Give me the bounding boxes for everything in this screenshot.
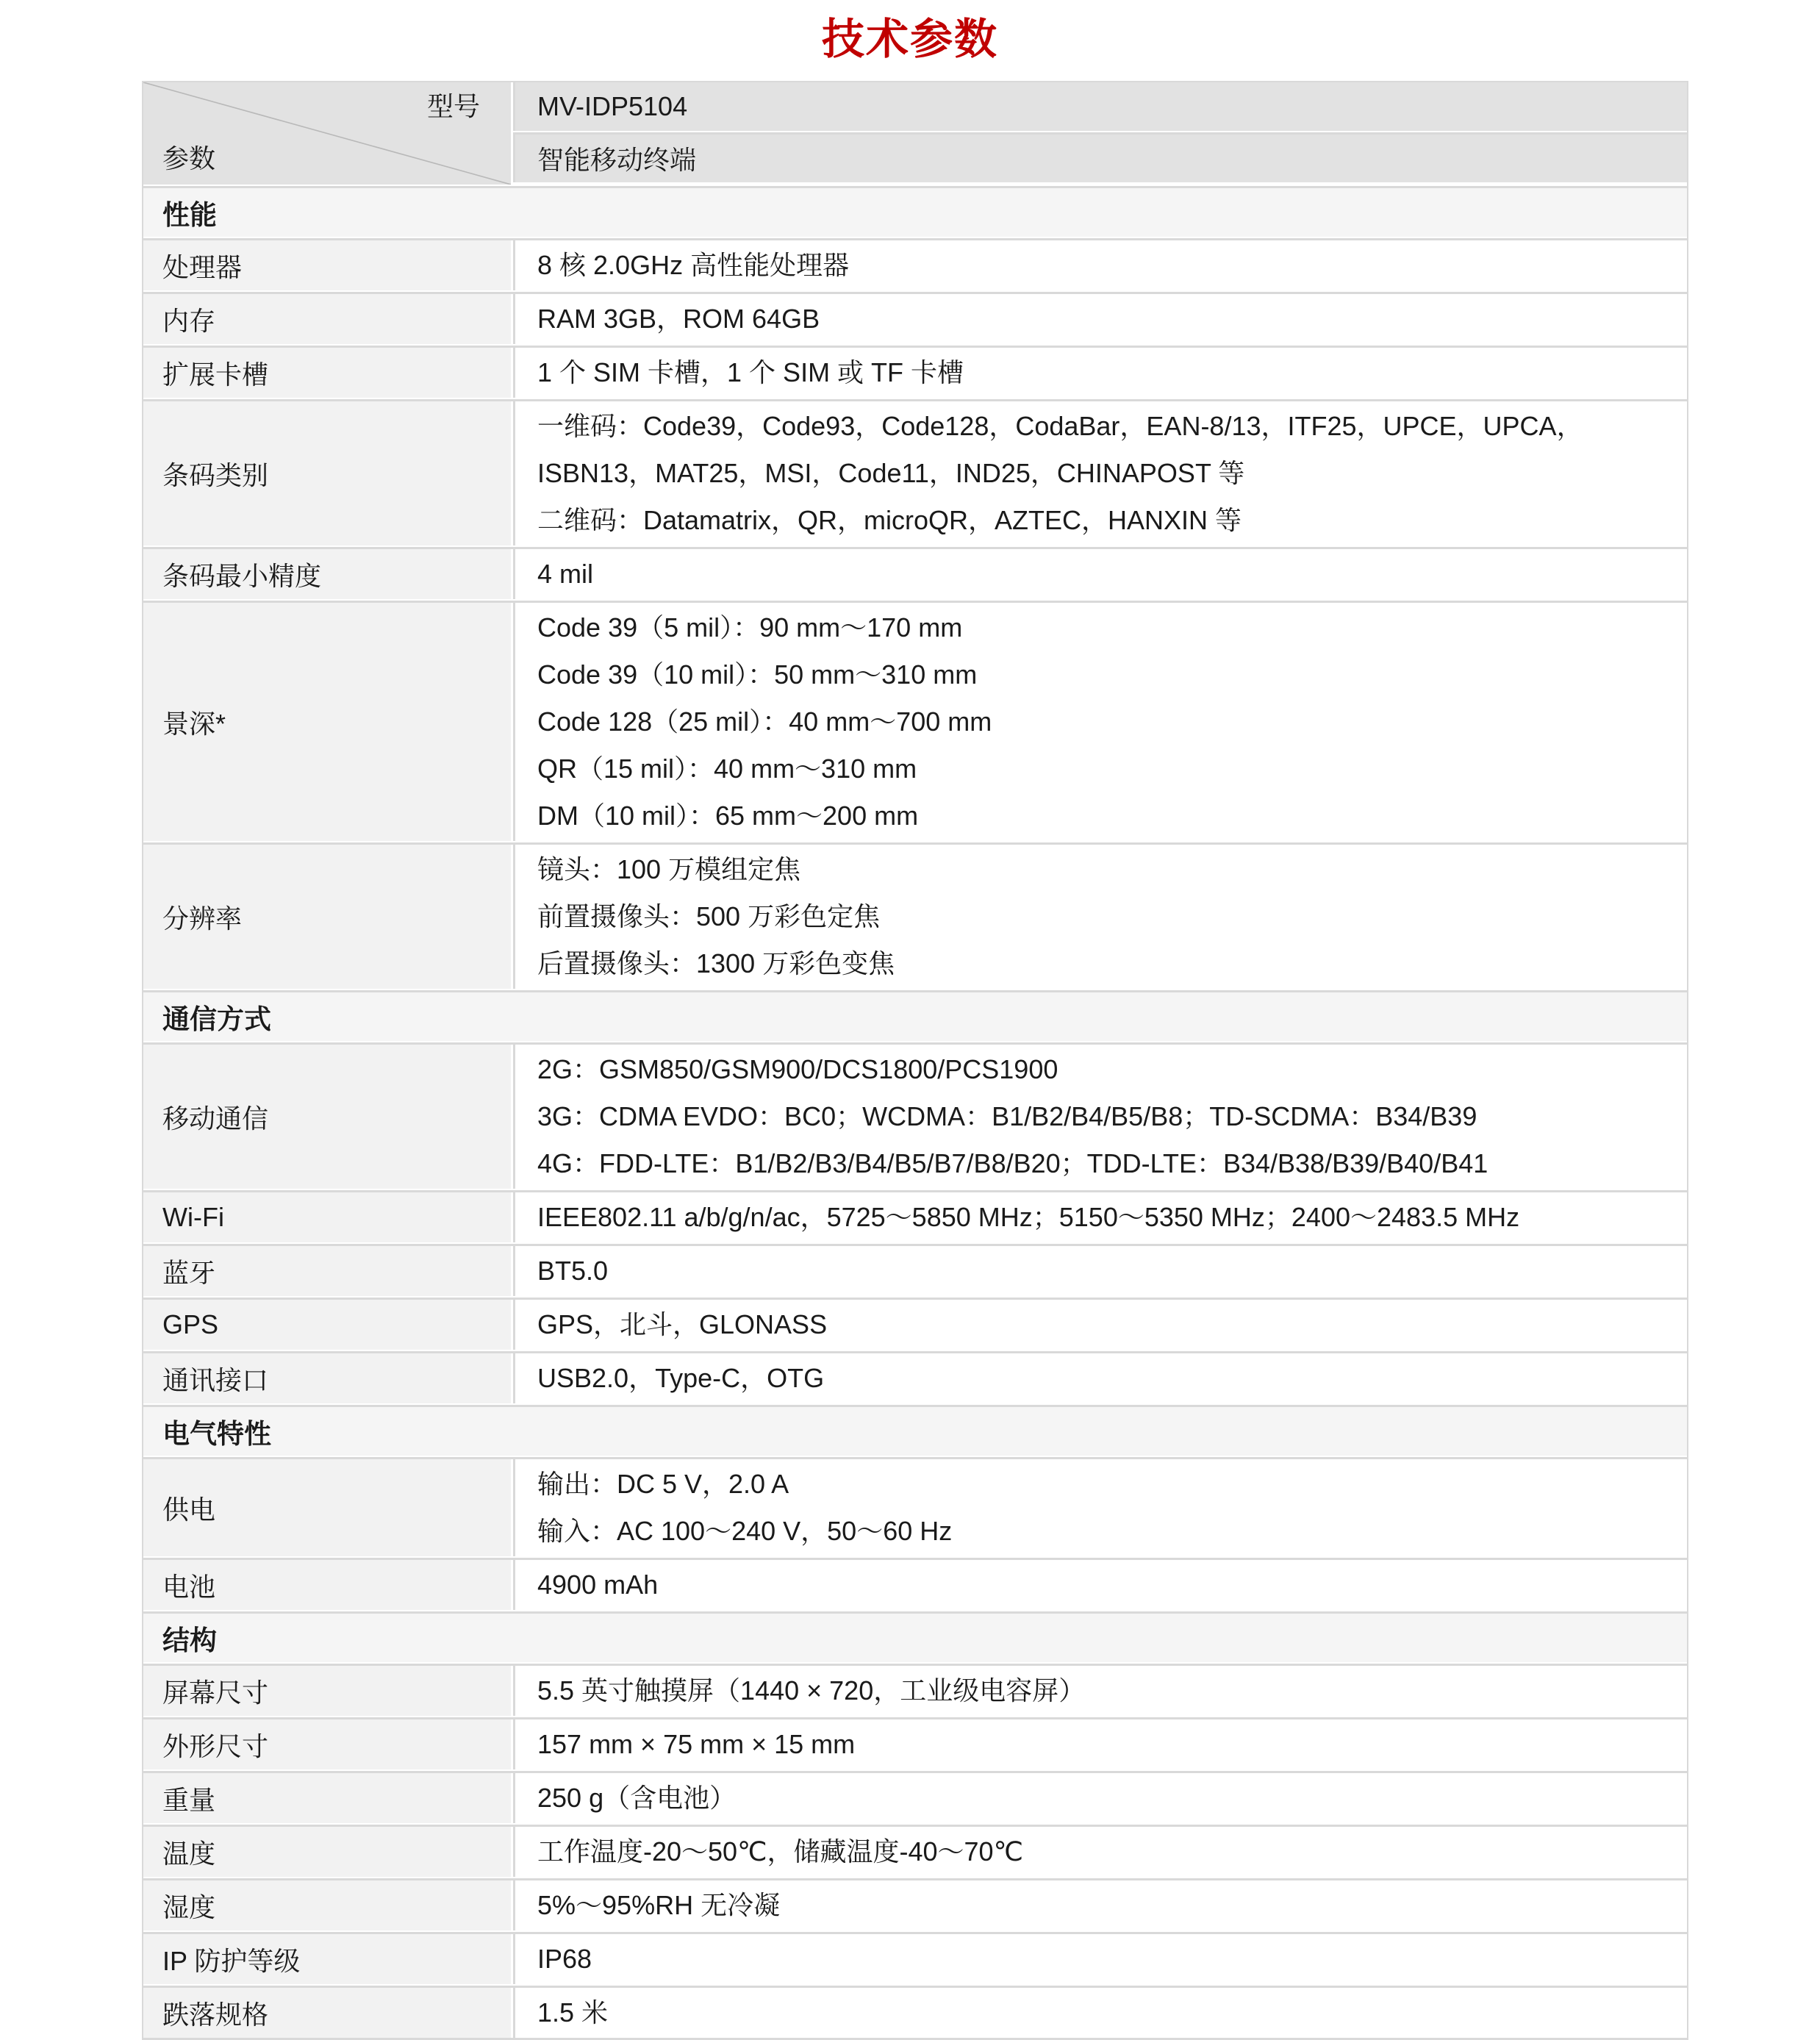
spec-row: 移动通信2G：GSM850/GSM900/DCS1800/PCS19003G：C… (143, 1042, 1687, 1189)
spec-value-line: 一维码：Code39，Code93，Code128，CodaBar，EAN-8/… (537, 403, 1680, 450)
spec-value-line: 4900 mAh (537, 1561, 1680, 1608)
spec-value-line: 250 g（含电池） (537, 1775, 1680, 1822)
spec-value: BT5.0 (513, 1246, 1687, 1296)
spec-value-line: USB2.0，Type-C，OTG (537, 1355, 1680, 1402)
spec-value: 5.5 英寸触摸屏（1440 × 720，工业级电容屏） (513, 1666, 1687, 1716)
spec-value-line: 4G：FDD-LTE：B1/B2/B3/B4/B5/B7/B8/B20；TDD-… (537, 1140, 1680, 1187)
spec-value: 4900 mAh (513, 1560, 1687, 1610)
spec-value-line: BT5.0 (537, 1248, 1680, 1295)
spec-value-line: DM（10 mil）：65 mm～200 mm (537, 792, 1680, 840)
spec-label: 供电 (143, 1459, 511, 1556)
spec-row: 屏幕尺寸5.5 英寸触摸屏（1440 × 720，工业级电容屏） (143, 1664, 1687, 1716)
spec-table: 型号 参数 MV-IDP5104 智能移动终端 性能处理器8 核 2.0GHz … (142, 81, 1688, 2040)
spec-value-line: Code 39（5 mil）：90 mm～170 mm (537, 604, 1680, 651)
spec-value: USB2.0，Type-C，OTG (513, 1353, 1687, 1403)
spec-value-line: QR（15 mil）：40 mm～310 mm (537, 745, 1680, 792)
spec-label: 景深* (143, 603, 511, 841)
device-type-value: 智能移动终端 (513, 132, 1687, 182)
spec-value: 8 核 2.0GHz 高性能处理器 (513, 240, 1687, 290)
spec-row: 温度工作温度-20～50℃，储藏温度-40～70℃ (143, 1825, 1687, 1877)
spec-value: 输出：DC 5 V，2.0 A输入：AC 100～240 V，50～60 Hz (513, 1459, 1687, 1556)
header-parameter-label: 参数 (162, 133, 215, 185)
spec-value: 1.5 米 (513, 1988, 1687, 2038)
spec-row: 扩展卡槽1 个 SIM 卡槽，1 个 SIM 或 TF 卡槽 (143, 346, 1687, 398)
spec-value-line: GPS，北斗，GLONASS (537, 1301, 1680, 1348)
spec-row: 供电输出：DC 5 V，2.0 A输入：AC 100～240 V，50～60 H… (143, 1457, 1687, 1556)
spec-label: 温度 (143, 1827, 511, 1877)
page-title: 技术参数 (0, 0, 1820, 81)
section-header: 通信方式 (143, 990, 1687, 1041)
spec-label: 条码最小精度 (143, 549, 511, 599)
spec-value-line: 后置摄像头：1300 万彩色变焦 (537, 940, 1680, 987)
spec-value-line: 工作温度-20～50℃，储藏温度-40～70℃ (537, 1828, 1680, 1875)
spec-label: 分辨率 (143, 845, 511, 989)
spec-value-line: 3G：CDMA EVDO：BC0；WCDMA：B1/B2/B4/B5/B8；TD… (537, 1093, 1680, 1140)
spec-label: 处理器 (143, 240, 511, 290)
spec-value: RAM 3GB，ROM 64GB (513, 294, 1687, 344)
spec-row: 电池4900 mAh (143, 1558, 1687, 1610)
spec-value-line: ISBN13，MAT25，MSI，Code11，IND25，CHINAPOST … (537, 450, 1680, 497)
model-value: MV-IDP5104 (513, 82, 1687, 131)
spec-value-line: 输出：DC 5 V，2.0 A (537, 1461, 1680, 1508)
spec-value-line: 157 mm × 75 mm × 15 mm (537, 1721, 1680, 1768)
spec-value-line: 8 核 2.0GHz 高性能处理器 (537, 242, 1680, 289)
spec-label: 重量 (143, 1773, 511, 1823)
spec-row: 条码类别一维码：Code39，Code93，Code128，CodaBar，EA… (143, 399, 1687, 545)
spec-label: GPS (143, 1300, 511, 1350)
spec-label: 内存 (143, 294, 511, 344)
spec-label: 蓝牙 (143, 1246, 511, 1296)
spec-row: 内存RAM 3GB，ROM 64GB (143, 292, 1687, 344)
spec-label: Wi-Fi (143, 1192, 511, 1242)
spec-value: 250 g（含电池） (513, 1773, 1687, 1823)
spec-row: 蓝牙BT5.0 (143, 1244, 1687, 1296)
spec-value: 一维码：Code39，Code93，Code128，CodaBar，EAN-8/… (513, 401, 1687, 545)
spec-label: 电池 (143, 1560, 511, 1610)
spec-value: 镜头：100 万模组定焦前置摄像头：500 万彩色定焦后置摄像头：1300 万彩… (513, 845, 1687, 989)
spec-value: GPS，北斗，GLONASS (513, 1300, 1687, 1350)
spec-value-line: 输入：AC 100～240 V，50～60 Hz (537, 1508, 1680, 1555)
spec-label: 屏幕尺寸 (143, 1666, 511, 1716)
spec-value: 157 mm × 75 mm × 15 mm (513, 1719, 1687, 1769)
spec-label: 条码类别 (143, 401, 511, 545)
spec-row: 处理器8 核 2.0GHz 高性能处理器 (143, 238, 1687, 290)
section-header: 电气特性 (143, 1405, 1687, 1456)
spec-value-line: 镜头：100 万模组定焦 (537, 846, 1680, 893)
spec-row: 条码最小精度4 mil (143, 547, 1687, 599)
spec-value-line: Code 128（25 mil）：40 mm～700 mm (537, 698, 1680, 745)
spec-row: Wi-FiIEEE802.11 a/b/g/n/ac，5725～5850 MHz… (143, 1190, 1687, 1242)
spec-value: 5%～95%RH 无冷凝 (513, 1880, 1687, 1930)
spec-value: IP68 (513, 1934, 1687, 1984)
spec-value-line: IP68 (537, 1936, 1680, 1983)
header-right-column: MV-IDP5104 智能移动终端 (511, 82, 1687, 185)
spec-value: 工作温度-20～50℃，储藏温度-40～70℃ (513, 1827, 1687, 1877)
spec-value: 1 个 SIM 卡槽，1 个 SIM 或 TF 卡槽 (513, 348, 1687, 398)
spec-value: Code 39（5 mil）：90 mm～170 mmCode 39（10 mi… (513, 603, 1687, 841)
spec-row: 景深*Code 39（5 mil）：90 mm～170 mmCode 39（10… (143, 601, 1687, 841)
spec-label: 外形尺寸 (143, 1719, 511, 1769)
table-body: 性能处理器8 核 2.0GHz 高性能处理器内存RAM 3GB，ROM 64GB… (143, 186, 1687, 2038)
spec-row: 通讯接口USB2.0，Type-C，OTG (143, 1351, 1687, 1403)
header-corner-cell: 型号 参数 (143, 82, 511, 185)
section-header: 结构 (143, 1611, 1687, 1662)
header-model-label: 型号 (427, 82, 480, 131)
spec-value-line: 二维码：Datamatrix，QR，microQR，AZTEC，HANXIN 等 (537, 497, 1680, 544)
spec-value-line: IEEE802.11 a/b/g/n/ac，5725～5850 MHz；5150… (537, 1194, 1680, 1241)
spec-label: 通讯接口 (143, 1353, 511, 1403)
spec-value-line: 2G：GSM850/GSM900/DCS1800/PCS1900 (537, 1046, 1680, 1093)
spec-value-line: 5%～95%RH 无冷凝 (537, 1882, 1680, 1929)
spec-value: 2G：GSM850/GSM900/DCS1800/PCS19003G：CDMA … (513, 1045, 1687, 1189)
spec-row: 外形尺寸157 mm × 75 mm × 15 mm (143, 1717, 1687, 1769)
spec-row: IP 防护等级IP68 (143, 1932, 1687, 1984)
spec-row: 分辨率镜头：100 万模组定焦前置摄像头：500 万彩色定焦后置摄像头：1300… (143, 842, 1687, 989)
spec-row: GPSGPS，北斗，GLONASS (143, 1298, 1687, 1350)
table-header-row: 型号 参数 MV-IDP5104 智能移动终端 (143, 82, 1687, 185)
spec-label: 湿度 (143, 1880, 511, 1930)
section-header: 性能 (143, 186, 1687, 237)
spec-value: IEEE802.11 a/b/g/n/ac，5725～5850 MHz；5150… (513, 1192, 1687, 1242)
spec-label: 移动通信 (143, 1045, 511, 1189)
spec-value: 4 mil (513, 549, 1687, 599)
spec-value-line: RAM 3GB，ROM 64GB (537, 296, 1680, 343)
spec-value-line: 5.5 英寸触摸屏（1440 × 720，工业级电容屏） (537, 1667, 1680, 1714)
spec-row: 跌落规格1.5 米 (143, 1986, 1687, 2038)
spec-value-line: 前置摄像头：500 万彩色定焦 (537, 893, 1680, 940)
spec-row: 湿度5%～95%RH 无冷凝 (143, 1878, 1687, 1930)
spec-label: 跌落规格 (143, 1988, 511, 2038)
spec-value-line: 1.5 米 (537, 1989, 1680, 2036)
spec-value-line: 1 个 SIM 卡槽，1 个 SIM 或 TF 卡槽 (537, 349, 1680, 396)
spec-value-line: 4 mil (537, 551, 1680, 598)
spec-value-line: Code 39（10 mil）：50 mm～310 mm (537, 651, 1680, 698)
spec-row: 重量250 g（含电池） (143, 1771, 1687, 1823)
spec-label: 扩展卡槽 (143, 348, 511, 398)
spec-label: IP 防护等级 (143, 1934, 511, 1984)
